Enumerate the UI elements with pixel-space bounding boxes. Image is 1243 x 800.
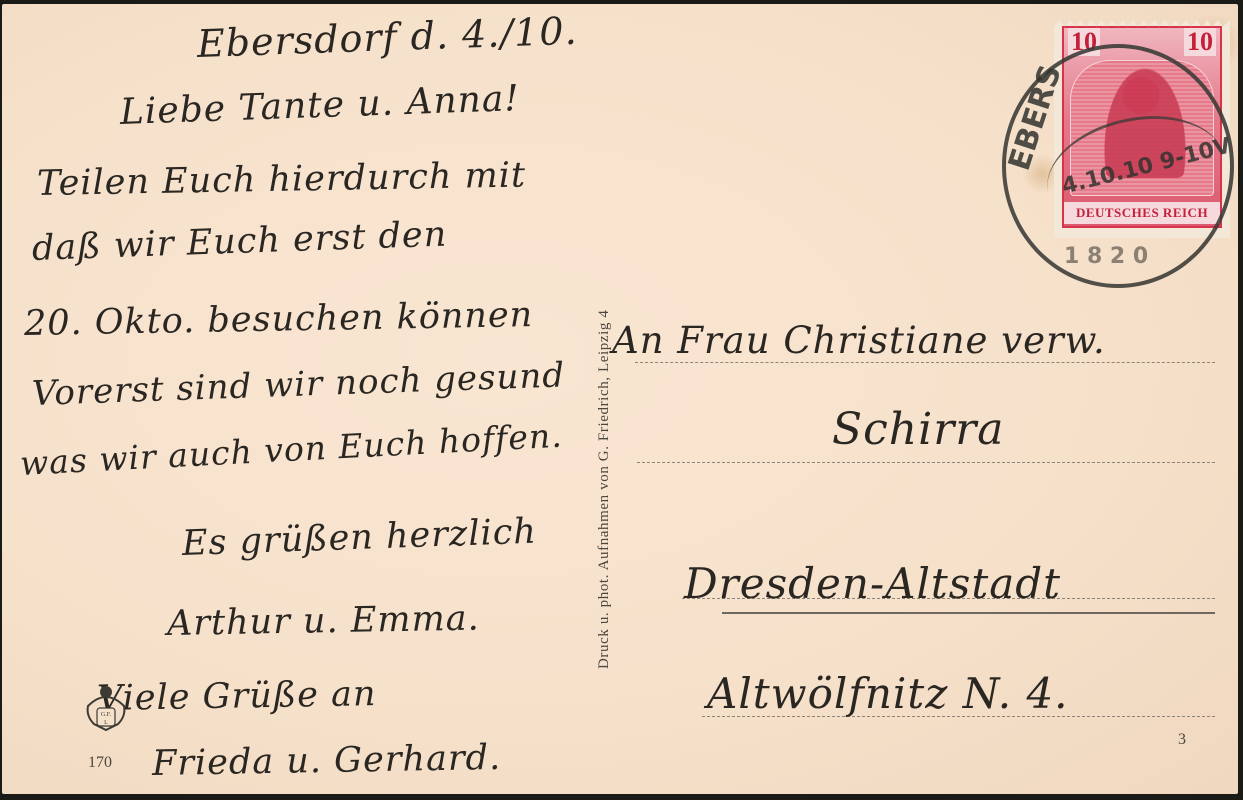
message-line: 20. Okto. besuchen können xyxy=(24,295,534,344)
card-number: 170 xyxy=(88,754,112,772)
address-line-rule xyxy=(635,362,1215,363)
publisher-imprint: Druck u. phot. Aufnahmen von G. Friedric… xyxy=(596,310,613,669)
message-postscript: Viele Grüße an xyxy=(97,674,377,719)
message-line: was wir auch von Euch hoffen. xyxy=(19,416,564,483)
svg-text:L: L xyxy=(104,720,108,726)
message-line: Vorerst sind wir noch gesund xyxy=(31,355,565,414)
message-postscript: Frieda u. Gerhard. xyxy=(152,738,502,784)
message-signature: Arthur u. Emma. xyxy=(167,599,480,644)
address-line-rule xyxy=(637,462,1215,463)
message-closing: Es grüßen herzlich xyxy=(181,512,537,564)
message-line: Teilen Euch hierdurch mit xyxy=(37,155,527,204)
publisher-logo-icon: G.F. L xyxy=(80,684,132,736)
corner-number: 3 xyxy=(1178,731,1186,749)
address-underline xyxy=(722,612,1215,614)
postmark-bottom: 1 8 2 0 xyxy=(1064,244,1148,269)
address-line-4: Altwölfnitz N. 4. xyxy=(707,669,1069,718)
message-salutation: Liebe Tante u. Anna! xyxy=(119,78,520,133)
address-line-2: Schirra xyxy=(832,404,1005,455)
postcard-back: Ebersdorf d. 4./10. Liebe Tante u. Anna!… xyxy=(2,4,1238,794)
message-date: Ebersdorf d. 4./10. xyxy=(196,9,578,66)
stamp-value-right: 10 xyxy=(1184,28,1216,56)
address-line-1: An Frau Christiane verw. xyxy=(612,319,1106,362)
message-line: daß wir Euch erst den xyxy=(31,215,448,269)
svg-text:G.F.: G.F. xyxy=(101,712,112,718)
address-line-3: Dresden-Altstadt xyxy=(684,559,1061,608)
